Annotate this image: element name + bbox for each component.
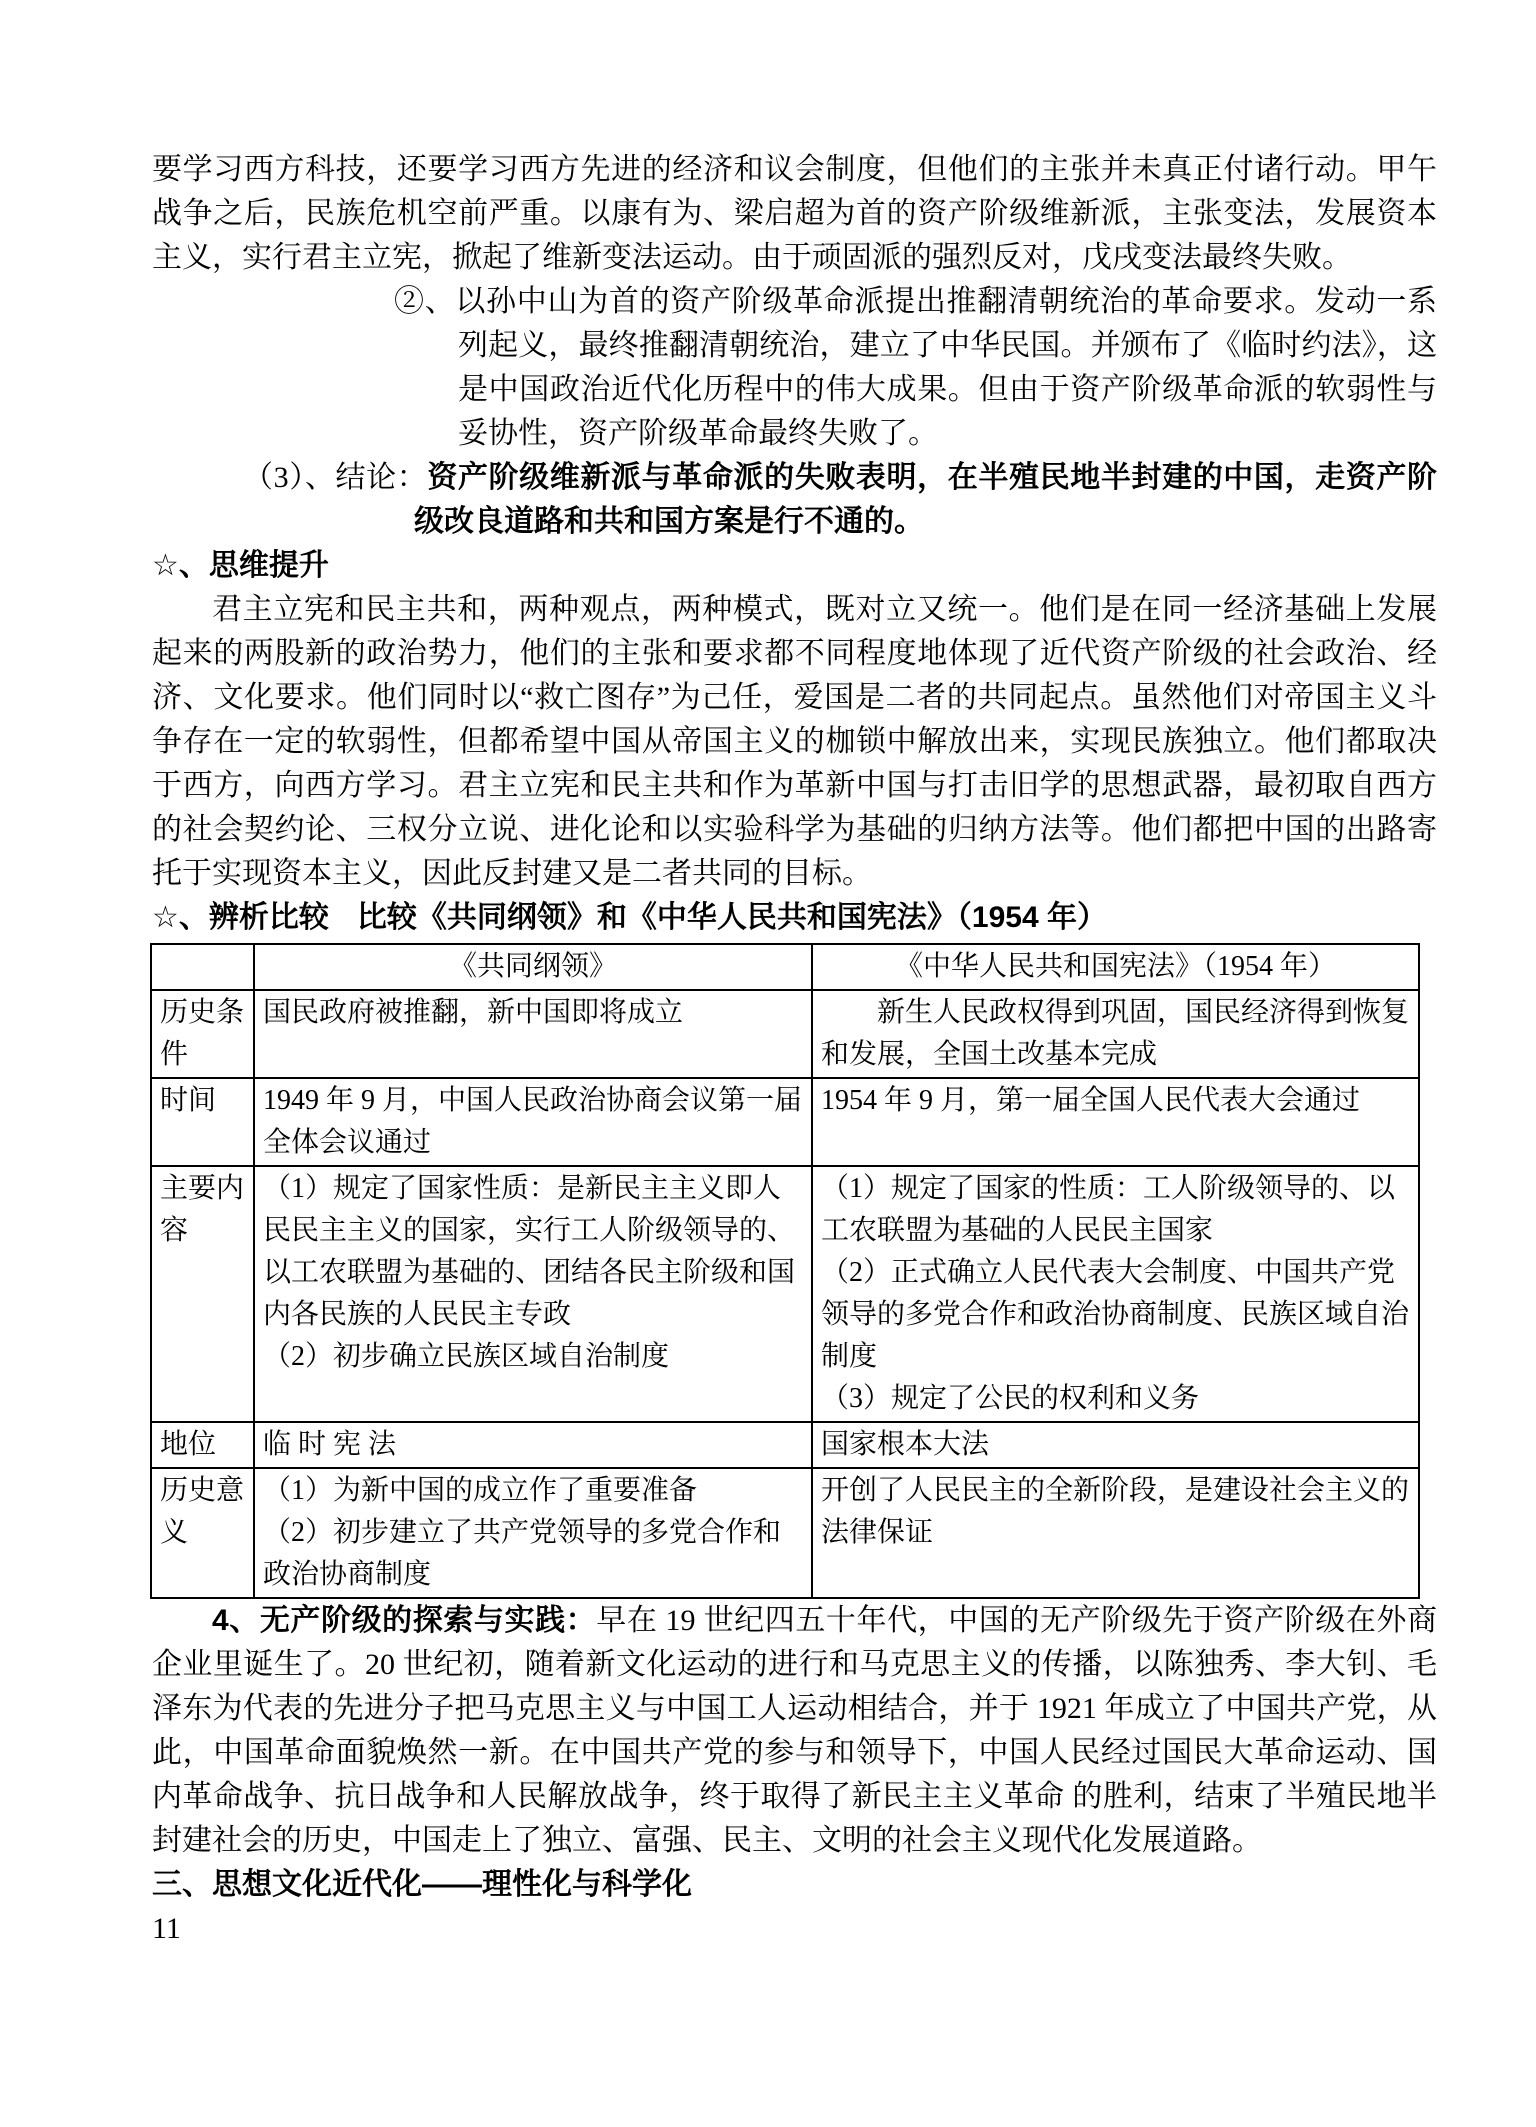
- xianfa-cell: 开创了人民民主的全新阶段，是建设社会主义的法律保证: [812, 1468, 1419, 1598]
- conclusion-label: （3）、结论：: [243, 461, 427, 494]
- item2-text: 以孙中山为首的资产阶级革命派提出推翻清朝统治的革命要求。发动一系列起义，最终推翻…: [455, 285, 1437, 450]
- comparison-heading: ☆、辨析比较比较《共同纲领》和《中华人民共和国宪法》（1954 年）: [152, 896, 1437, 940]
- row-label: 历史条件: [151, 990, 254, 1078]
- item1-continuation-paragraph: 要学习西方科技，还要学习西方先进的经济和议会制度，但他们的主张并未真正付诸行动。…: [152, 148, 1437, 280]
- gangling-cell: 国民政府被推翻，新中国即将成立: [254, 990, 812, 1078]
- comparison-table: 《共同纲领》 《中华人民共和国宪法》（1954 年） 历史条件 国民政府被推翻，…: [150, 943, 1420, 1599]
- gangling-cell: 1949 年 9 月，中国人民政治协商会议第一届全体会议通过: [254, 1078, 812, 1166]
- list-item: （2）初步确立民族区域自治制度: [263, 1336, 803, 1378]
- header-empty-cell: [151, 944, 254, 990]
- list-item: （3）规定了公民的权利和义务: [821, 1378, 1410, 1420]
- xianfa-cell: 国家根本大法: [812, 1422, 1419, 1468]
- gangling-cell: （1）为新中国的成立作了重要准备 （2）初步建立了共产党领导的多党合作和政治协商…: [254, 1468, 812, 1598]
- conclusion-text: 资产阶级维新派与革命派的失败表明，在半殖民地半封建的中国，走资产阶级改良道路和共…: [414, 461, 1437, 538]
- comparison-heading-text: 比较《共同纲领》和《中华人民共和国宪法》（1954 年）: [357, 901, 1107, 934]
- proletariat-paragraph: 4、无产阶级的探索与实践：早在 19 世纪四五十年代，中国的无产阶级先于资产阶级…: [152, 1599, 1437, 1863]
- row-label: 时间: [151, 1078, 254, 1166]
- section3-heading: 三、思想文化近代化——理性化与科学化: [152, 1863, 1437, 1907]
- row-label: 地位: [151, 1422, 254, 1468]
- proletariat-text: 早在 19 世纪四五十年代，中国的无产阶级先于资产阶级在外商企业里诞生了。20 …: [152, 1604, 1437, 1857]
- gangling-cell: （1）规定了国家性质：是新民主主义即人民民主主义的国家，实行工人阶级领导的、以工…: [254, 1166, 812, 1422]
- item2-paragraph: ②、以孙中山为首的资产阶级革命派提出推翻清朝统治的革命要求。发动一系列起义，最终…: [152, 280, 1437, 456]
- thinking-paragraph: 君主立宪和民主共和，两种观点，两种模式，既对立又统一。他们是在同一经济基础上发展…: [152, 588, 1437, 896]
- table-row-lishi-tiaojian: 历史条件 国民政府被推翻，新中国即将成立 新生人民政权得到巩固，国民经济得到恢复…: [151, 990, 1419, 1078]
- table-header-row: 《共同纲领》 《中华人民共和国宪法》（1954 年）: [151, 944, 1419, 990]
- comparison-heading-label: ☆、辨析比较: [152, 901, 329, 934]
- conclusion-paragraph: （3）、结论：资产阶级维新派与革命派的失败表明，在半殖民地半封建的中国，走资产阶…: [152, 456, 1437, 544]
- header-gangling-cell: 《共同纲领》: [254, 944, 812, 990]
- xianfa-cell: 新生人民政权得到巩固，国民经济得到恢复和发展，全国土改基本完成: [812, 990, 1419, 1078]
- item2-marker: ②、: [394, 285, 455, 318]
- xianfa-cell: 1954 年 9 月，第一届全国人民代表大会通过: [812, 1078, 1419, 1166]
- gangling-cell: 临 时 宪 法: [254, 1422, 812, 1468]
- header-xianfa-cell: 《中华人民共和国宪法》（1954 年）: [812, 944, 1419, 990]
- list-item: （1）为新中国的成立作了重要准备: [263, 1470, 803, 1512]
- page-number: 11: [152, 1907, 1437, 1951]
- row-label: 主要内容: [151, 1166, 254, 1422]
- table-row-zhuyao-neirong: 主要内容 （1）规定了国家性质：是新民主主义即人民民主主义的国家，实行工人阶级领…: [151, 1166, 1419, 1422]
- page-content: 要学习西方科技，还要学习西方先进的经济和议会制度，但他们的主张并未真正付诸行动。…: [152, 148, 1437, 1951]
- row-label: 历史意义: [151, 1468, 254, 1598]
- table-row-diwei: 地位 临 时 宪 法 国家根本大法: [151, 1422, 1419, 1468]
- document-page: 要学习西方科技，还要学习西方先进的经济和议会制度，但他们的主张并未真正付诸行动。…: [0, 0, 1536, 2127]
- table-row-shijian: 时间 1949 年 9 月，中国人民政治协商会议第一届全体会议通过 1954 年…: [151, 1078, 1419, 1166]
- thinking-heading: ☆、思维提升: [152, 544, 1437, 588]
- xianfa-cell: （1）规定了国家的性质：工人阶级领导的、以工农联盟为基础的人民民主国家 （2）正…: [812, 1166, 1419, 1422]
- proletariat-label: 4、无产阶级的探索与实践：: [212, 1604, 596, 1637]
- list-item: （1）规定了国家的性质：工人阶级领导的、以工农联盟为基础的人民民主国家: [821, 1168, 1410, 1252]
- list-item: （1）规定了国家性质：是新民主主义即人民民主主义的国家，实行工人阶级领导的、以工…: [263, 1168, 803, 1336]
- list-item: （2）初步建立了共产党领导的多党合作和政治协商制度: [263, 1512, 803, 1596]
- table-row-lishi-yiyi: 历史意义 （1）为新中国的成立作了重要准备 （2）初步建立了共产党领导的多党合作…: [151, 1468, 1419, 1598]
- list-item: （2）正式确立人民代表大会制度、中国共产党领导的多党合作和政治协商制度、民族区域…: [821, 1252, 1410, 1378]
